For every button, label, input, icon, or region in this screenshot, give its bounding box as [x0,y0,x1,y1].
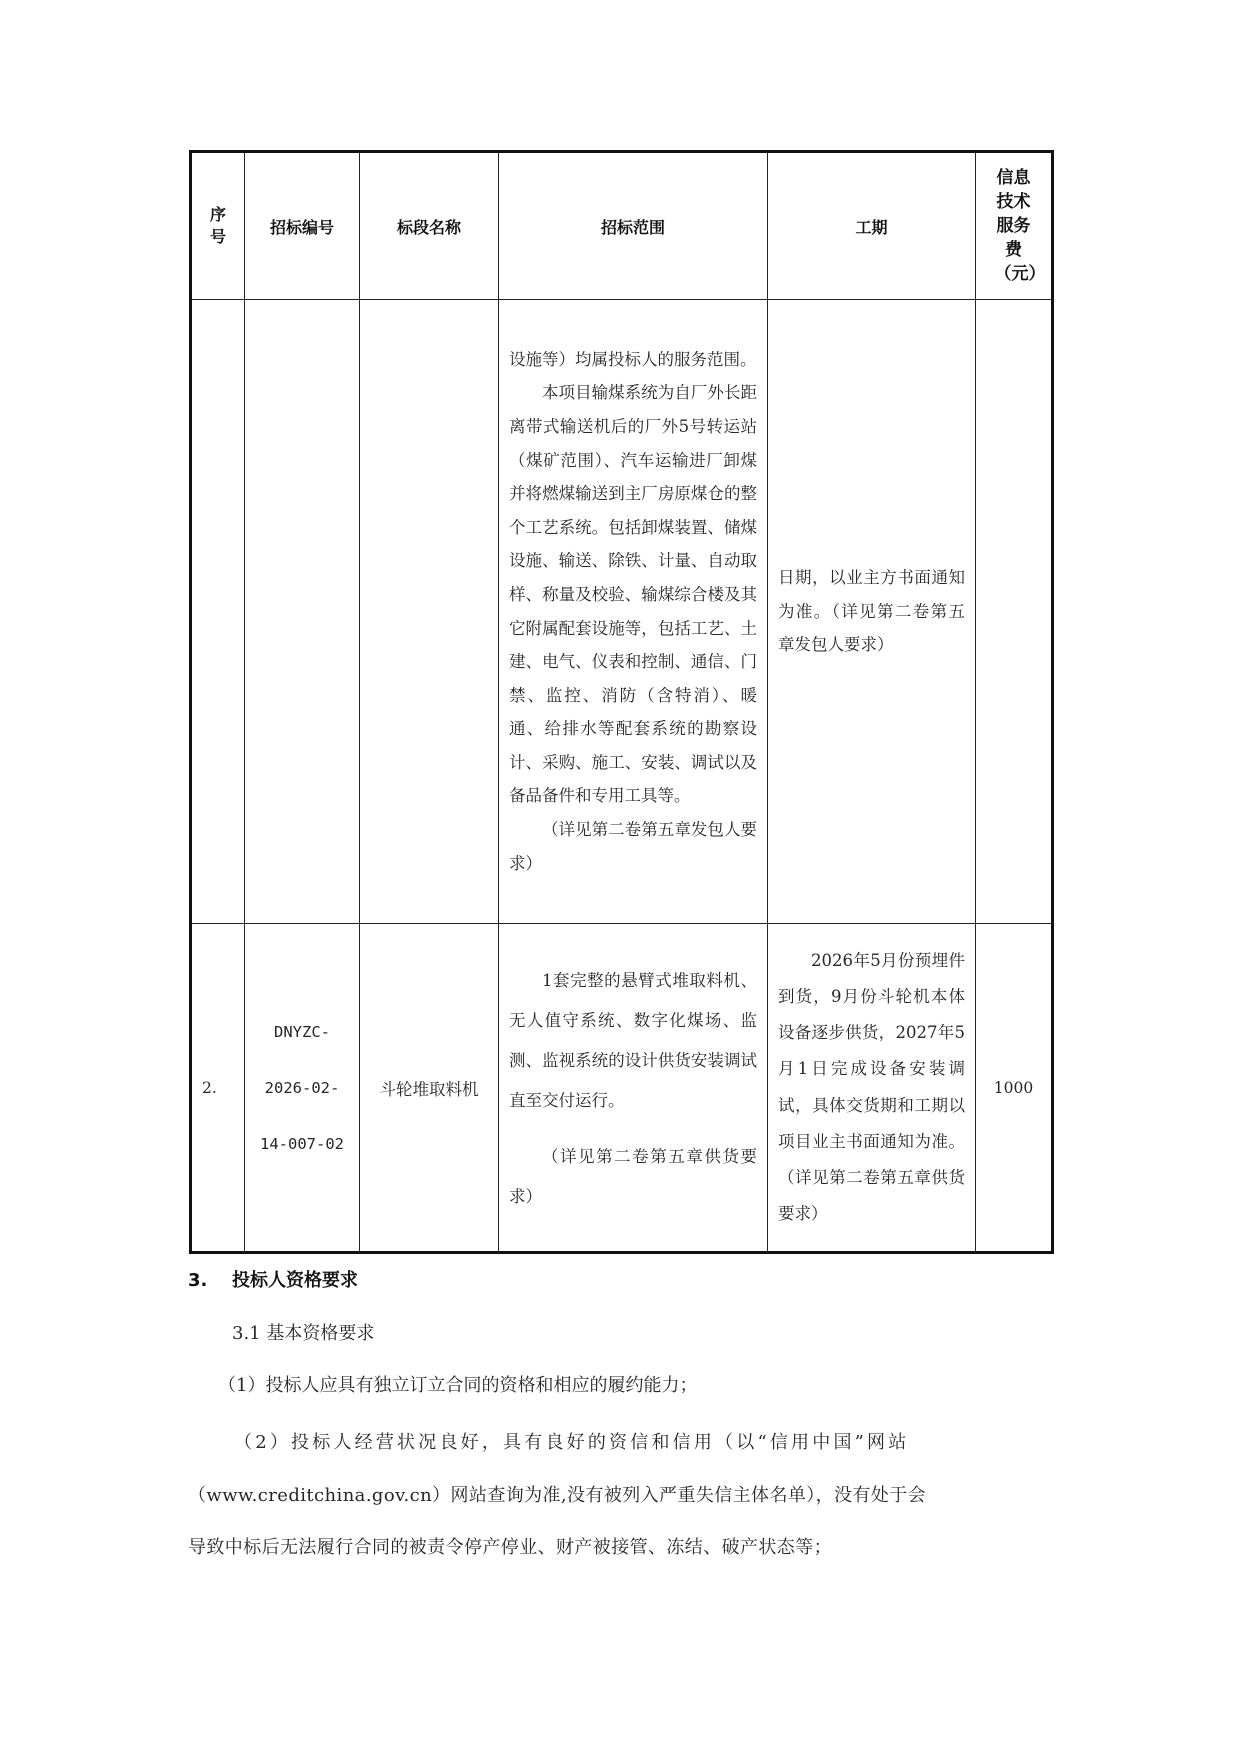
table-row: 设施等）均属投标人的服务范围。 本项目输煤系统为自厂外长距离带式输送机后的厂外5… [191,300,1053,924]
cell-scope: 设施等）均属投标人的服务范围。 本项目输煤系统为自厂外长距离带式输送机后的厂外5… [499,300,768,924]
requirement-item-2: （2）投标人经营状况良好，具有良好的资信和信用（以“信用中国”网站 （www.c… [188,1417,1052,1575]
header-period: 工期 [768,152,976,300]
cell-seq: 2. [191,924,245,1253]
table-header-row: 序号 招标编号 标段名称 招标范围 工期 信息技术服务费（元） [191,152,1053,300]
scope-reference: （详见第二卷第五章供货要求） [499,1135,767,1217]
table-row: 2. DNYZC- 2026-02- 14-007-02 斗轮堆取料机 1套完整… [191,924,1053,1253]
bid-sections-table: 序号 招标编号 标段名称 招标范围 工期 信息技术服务费（元） 设施等）均属投标… [189,150,1054,1254]
section-number: 3. [188,1270,232,1291]
scope-paragraph: 1套完整的悬臂式堆取料机、无人值守系统、数字化煤场、监测、监视系统的设计供货安装… [499,959,767,1121]
cell-fee [976,300,1053,924]
header-seq: 序号 [191,152,245,300]
subsection-heading: 3.1 基本资格要求 [232,1319,374,1345]
header-fee: 信息技术服务费（元） [976,152,1053,300]
header-name: 标段名称 [360,152,499,300]
header-scope: 招标范围 [499,152,768,300]
cell-period: 日期，以业主方书面通知为准。（详见第二卷第五章发包人要求） [768,300,976,924]
cell-period: 2026年5月份预埋件到货，9月份斗轮机本体设备逐步供货，2027年5月1日完成… [768,924,976,1253]
scope-paragraph: 设施等）均属投标人的服务范围。 [499,343,767,377]
cell-name: 斗轮堆取料机 [360,924,499,1253]
section-title: 投标人资格要求 [232,1270,358,1291]
document-page: 序号 招标编号 标段名称 招标范围 工期 信息技术服务费（元） 设施等）均属投标… [0,0,1240,1753]
header-code: 招标编号 [245,152,360,300]
scope-paragraph: 本项目输煤系统为自厂外长距离带式输送机后的厂外5号转运站（煤矿范围）、汽车运输进… [499,376,767,813]
scope-reference: （详见第二卷第五章发包人要求） [499,813,767,880]
cell-code: DNYZC- 2026-02- 14-007-02 [245,924,360,1253]
cell-scope: 1套完整的悬臂式堆取料机、无人值守系统、数字化煤场、监测、监视系统的设计供货安装… [499,924,768,1253]
requirement-item-1: （1）投标人应具有独立订立合同的资格和相应的履约能力； [188,1360,1052,1413]
cell-code [245,300,360,924]
section-heading: 3.投标人资格要求 [188,1266,358,1292]
cell-seq [191,300,245,924]
cell-fee: 1000 [976,924,1053,1253]
cell-name [360,300,499,924]
